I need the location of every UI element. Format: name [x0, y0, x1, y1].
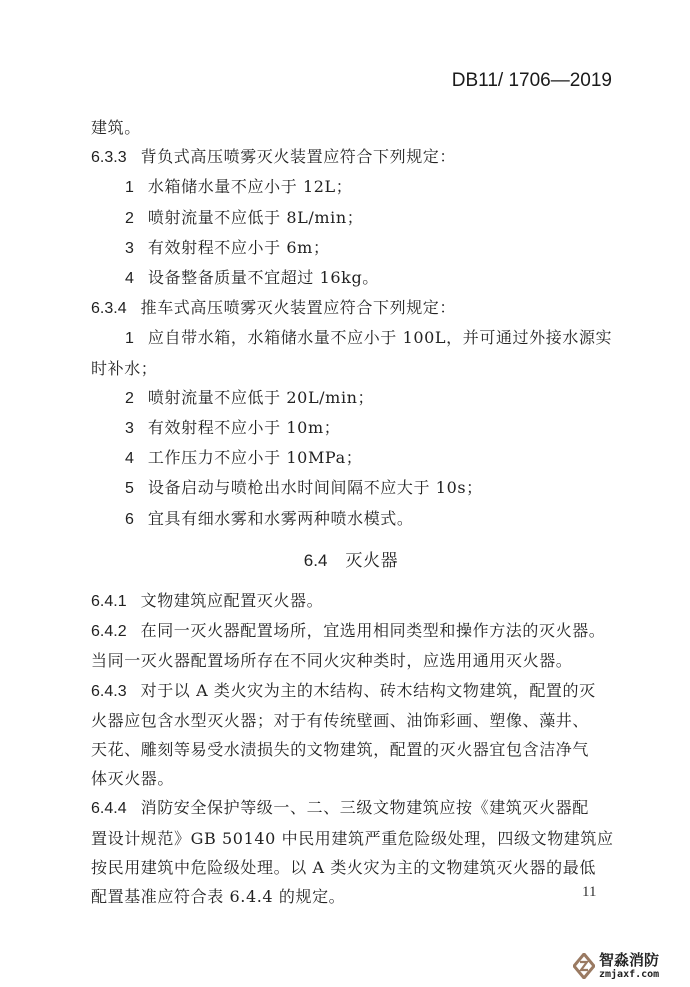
page-number: 11	[582, 884, 596, 901]
item-number: 3	[125, 414, 134, 443]
list-item: 3有效射程不应小于 6m；	[91, 233, 611, 263]
clause-text-continued: 配置基准应符合表 6.4.4 的规定。	[91, 882, 611, 911]
section-title: 灭火器	[345, 551, 398, 571]
watermark-url: zmjaxf.com	[599, 970, 659, 980]
item-text: 工作压力不应小于 10MPa；	[148, 448, 362, 467]
item-text: 设备启动与喷枪出水时间间隔不应大于 10s；	[148, 478, 483, 497]
clause-6-4-2: 6.4.2在同一灭火器配置场所，宜选用相同类型和操作方法的灭火器。	[91, 616, 611, 646]
clause-text: 文物建筑应配置灭火器。	[141, 591, 324, 610]
list-item: 2喷射流量不应低于 8L/min；	[91, 203, 611, 233]
clause-text-continued: 火器应包含水型灭火器；对于有传统壁画、油饰彩画、塑像、藻井、	[91, 706, 611, 735]
item-number: 4	[125, 264, 134, 293]
document-page: DB11/ 1706—2019 建筑。 6.3.3背负式高压喷雾灭火装置应符合下…	[0, 0, 690, 987]
item-text: 宜具有细水雾和水雾两种喷水模式。	[148, 509, 414, 528]
clause-6-3-4: 6.3.4推车式高压喷雾灭火装置应符合下列规定：	[91, 293, 611, 323]
section-number: 6.4	[304, 546, 328, 575]
section-heading-6-4: 6.4灭火器	[91, 546, 611, 576]
list-item: 1水箱储水量不应小于 12L；	[91, 172, 611, 202]
list-item: 4设备整备质量不宜超过 16kg。	[91, 263, 611, 293]
clause-number: 6.4.2	[91, 617, 127, 646]
clause-6-4-1: 6.4.1文物建筑应配置灭火器。	[91, 586, 611, 616]
item-number: 5	[125, 474, 134, 503]
item-text: 喷射流量不应低于 20L/min；	[148, 388, 374, 407]
item-text: 水箱储水量不应小于 12L；	[148, 177, 352, 196]
item-text: 应自带水箱，水箱储水量不应小于 100L，并可通过外接水源实	[148, 328, 612, 347]
item-text: 喷射流量不应低于 8L/min；	[148, 208, 363, 227]
item-number: 1	[125, 173, 134, 202]
standard-code-header: DB11/ 1706—2019	[452, 70, 612, 92]
item-continuation: 时补水；	[91, 354, 611, 383]
clause-number: 6.3.4	[91, 294, 127, 323]
body-text: 建筑。 6.3.3背负式高压喷雾灭火装置应符合下列规定： 1水箱储水量不应小于 …	[91, 113, 611, 911]
item-number: 2	[125, 384, 134, 413]
item-text: 设备整备质量不宜超过 16kg。	[148, 268, 379, 287]
list-item: 3有效射程不应小于 10m；	[91, 413, 611, 443]
list-item: 5设备启动与喷枪出水时间间隔不应大于 10s；	[91, 473, 611, 503]
item-number: 2	[125, 204, 134, 233]
item-text: 有效射程不应小于 10m；	[148, 418, 340, 437]
clause-text: 消防安全保护等级一、二、三级文物建筑应按《建筑灭火器配	[141, 798, 589, 817]
clause-text: 背负式高压喷雾灭火装置应符合下列规定：	[141, 147, 456, 166]
clause-text: 对于以 A 类火灾为主的木结构、砖木结构文物建筑，配置的灭	[141, 681, 596, 700]
continuation-text: 建筑。	[91, 113, 611, 142]
clause-number: 6.4.3	[91, 677, 127, 706]
clause-text: 在同一灭火器配置场所，宜选用相同类型和操作方法的灭火器。	[141, 621, 606, 640]
item-number: 1	[125, 324, 134, 353]
clause-text-continued: 体灭火器。	[91, 764, 611, 793]
clause-text-continued: 天花、雕刻等易受水渍损失的文物建筑，配置的灭火器宜包含洁净气	[91, 735, 611, 764]
list-item: 1应自带水箱，水箱储水量不应小于 100L，并可通过外接水源实	[91, 323, 611, 353]
clause-6-4-4: 6.4.4消防安全保护等级一、二、三级文物建筑应按《建筑灭火器配	[91, 793, 611, 823]
item-text: 有效射程不应小于 6m；	[148, 238, 330, 257]
watermark: 智淼消防 zmjaxf.com	[573, 948, 690, 984]
clause-number: 6.4.4	[91, 794, 127, 823]
list-item: 6宜具有细水雾和水雾两种喷水模式。	[91, 504, 611, 534]
clause-number: 6.3.3	[91, 143, 127, 172]
clause-text: 推车式高压喷雾灭火装置应符合下列规定：	[141, 298, 456, 317]
brand-logo-icon	[573, 953, 595, 979]
clause-number: 6.4.1	[91, 587, 127, 616]
clause-6-3-3: 6.3.3背负式高压喷雾灭火装置应符合下列规定：	[91, 142, 611, 172]
item-number: 4	[125, 444, 134, 473]
item-number: 3	[125, 234, 134, 263]
list-item: 4工作压力不应小于 10MPa；	[91, 443, 611, 473]
item-number: 6	[125, 505, 134, 534]
clause-text-continued: 置设计规范》GB 50140 中民用建筑严重危险级处理，四级文物建筑应	[91, 824, 611, 853]
clause-6-4-3: 6.4.3对于以 A 类火灾为主的木结构、砖木结构文物建筑，配置的灭	[91, 676, 611, 706]
clause-text-continued: 按民用建筑中危险级处理。以 A 类火灾为主的文物建筑灭火器的最低	[91, 853, 611, 882]
list-item: 2喷射流量不应低于 20L/min；	[91, 383, 611, 413]
clause-text-continued: 当同一灭火器配置场所存在不同火灾种类时，应选用通用灭火器。	[91, 646, 611, 675]
watermark-name: 智淼消防	[599, 953, 659, 968]
